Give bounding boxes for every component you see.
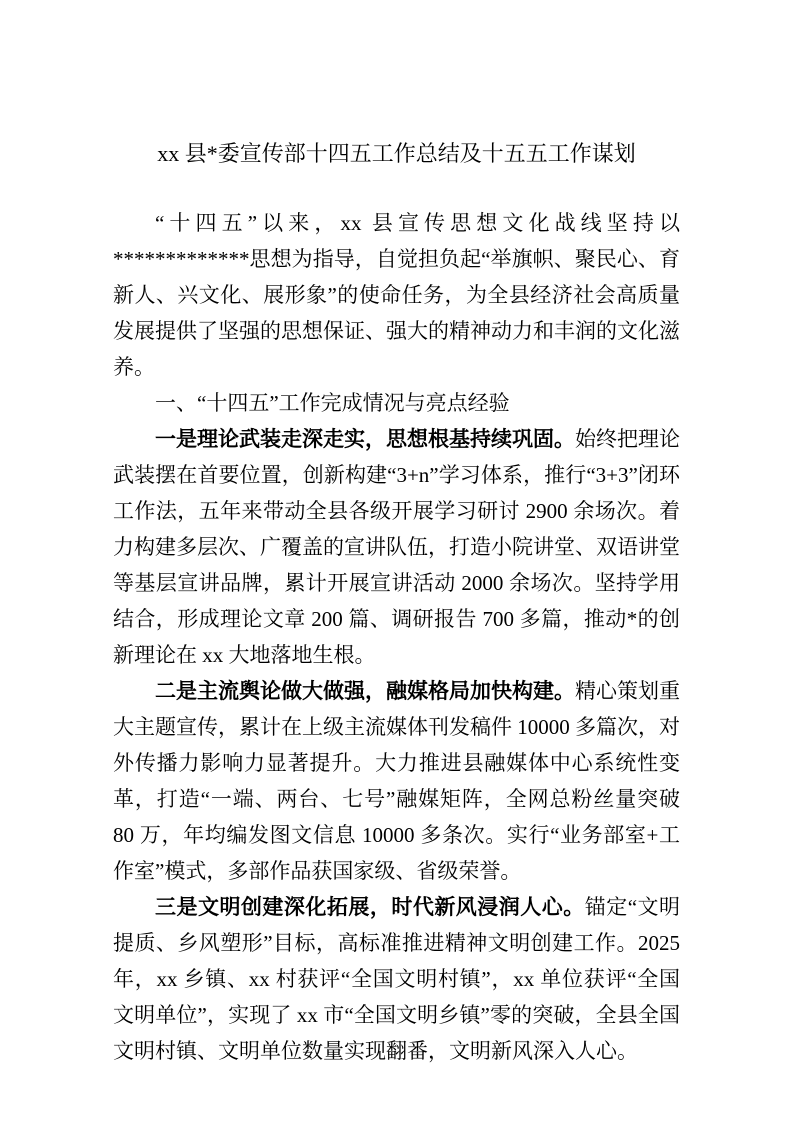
document-page: xx 县*委宣传部十四五工作总结及十五五工作谋划 “十四五”以来，xx 县宣传思… — [0, 0, 793, 1122]
point-2-lead: 二是主流舆论做大做强，融媒格局加快构建。 — [155, 679, 575, 703]
point-3-body: 锚定“文明提质、乡风塑形”目标，高标准推进精神文明创建工作。2025 年，xx … — [113, 895, 680, 1063]
point-2-body: 精心策划重大主题宣传，累计在上级主流媒体刊发稿件 10000 多篇次，对外传播力… — [113, 679, 680, 883]
document-title: xx 县*委宣传部十四五工作总结及十五五工作谋划 — [113, 136, 680, 172]
point-paragraph-2: 二是主流舆论做大做强，融媒格局加快构建。精心策划重大主题宣传，累计在上级主流媒体… — [113, 673, 680, 889]
point-paragraph-3: 三是文明创建深化拓展，时代新风浸润人心。锚定“文明提质、乡风塑形”目标，高标准推… — [113, 889, 680, 1069]
intro-paragraph: “十四五”以来，xx 县宣传思想文化战线坚持以*************思想为指… — [113, 205, 680, 385]
point-3-lead: 三是文明创建深化拓展，时代新风浸润人心。 — [155, 895, 585, 919]
point-paragraph-1: 一是理论武装走深走实，思想根基持续巩固。始终把理论武装摆在首要位置，创新构建“3… — [113, 421, 680, 673]
section-heading: 一、“十四五”工作完成情况与亮点经验 — [113, 385, 680, 421]
point-1-lead: 一是理论武装走深走实，思想根基持续巩固。 — [155, 427, 575, 451]
point-1-body: 始终把理论武装摆在首要位置，创新构建“3+n”学习体系，推行“3+3”闭环工作法… — [113, 427, 680, 667]
